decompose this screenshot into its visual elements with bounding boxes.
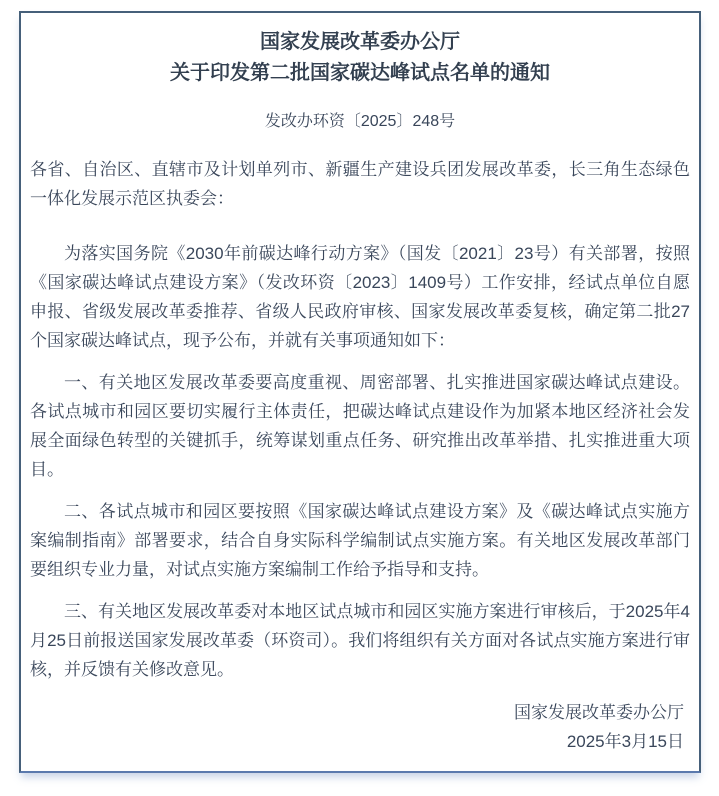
signature-date: 2025年3月15日 — [30, 727, 684, 756]
paragraph-item-2: 二、各试点城市和园区要按照《国家碳达峰试点建设方案》及《碳达峰试点实施方案编制指… — [30, 497, 690, 584]
signature-issuer: 国家发展改革委办公厅 — [30, 698, 684, 727]
paragraph-item-1: 一、有关地区发展改革委要高度重视、周密部署、扎实推进国家碳达峰试点建设。各试点城… — [30, 368, 690, 484]
document-body: 各省、自治区、直辖市及计划单列市、新疆生产建设兵团发展改革委，长三角生态绿色一体… — [30, 155, 690, 684]
document-title-issuer: 国家发展改革委办公厅 — [30, 27, 690, 58]
paragraph-intro: 为落实国务院《2030年前碳达峰行动方案》（国发〔2021〕23号）有关部署，按… — [30, 239, 690, 355]
salutation: 各省、自治区、直辖市及计划单列市、新疆生产建设兵团发展改革委，长三角生态绿色一体… — [30, 155, 690, 213]
signature-block: 国家发展改革委办公厅 2025年3月15日 — [30, 698, 690, 756]
page-background: 国家发展改革委办公厅 关于印发第二批国家碳达峰试点名单的通知 发改办环资〔202… — [0, 0, 719, 796]
paragraph-item-3: 三、有关地区发展改革委对本地区试点城市和园区实施方案进行审核后，于2025年4月… — [30, 597, 690, 684]
document-number: 发改办环资〔2025〕248号 — [30, 111, 690, 133]
document-title-subject: 关于印发第二批国家碳达峰试点名单的通知 — [30, 58, 690, 89]
notice-document: 国家发展改革委办公厅 关于印发第二批国家碳达峰试点名单的通知 发改办环资〔202… — [19, 11, 701, 773]
document-title: 国家发展改革委办公厅 关于印发第二批国家碳达峰试点名单的通知 — [30, 27, 690, 89]
